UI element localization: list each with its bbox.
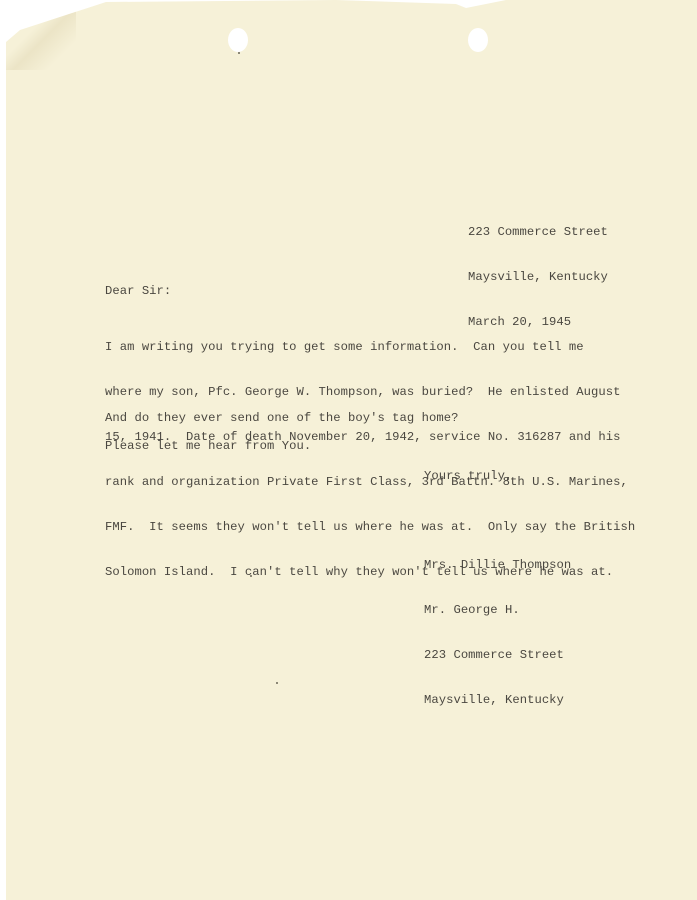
body-line: I am writing you trying to get some info… [105, 340, 635, 355]
signature-block: Mrs. Dillie Thompson Mr. George H. 223 C… [424, 528, 571, 723]
body-line: where my son, Pfc. George W. Thompson, w… [105, 385, 635, 400]
closing: Yours truly, [424, 469, 512, 484]
body-line: rank and organization Private First Clas… [105, 475, 635, 490]
paper-speck [276, 682, 278, 684]
signature-city-state: Maysville, Kentucky [424, 693, 571, 708]
corner-stain [6, 0, 76, 70]
sender-street: 223 Commerce Street [468, 225, 608, 240]
signature-name-2: Mr. George H. [424, 603, 571, 618]
paper-speck [238, 52, 240, 54]
signature-name: Mrs. Dillie Thompson [424, 558, 571, 573]
sender-city-state: Maysville, Kentucky [468, 270, 608, 285]
request-paragraph: Please let me hear from You. [105, 439, 311, 454]
punch-hole-left [228, 28, 248, 52]
question-paragraph: And do they ever send one of the boy's t… [105, 411, 458, 426]
salutation: Dear Sir: [105, 284, 171, 299]
signature-street: 223 Commerce Street [424, 648, 571, 663]
punch-hole-right [468, 28, 488, 52]
